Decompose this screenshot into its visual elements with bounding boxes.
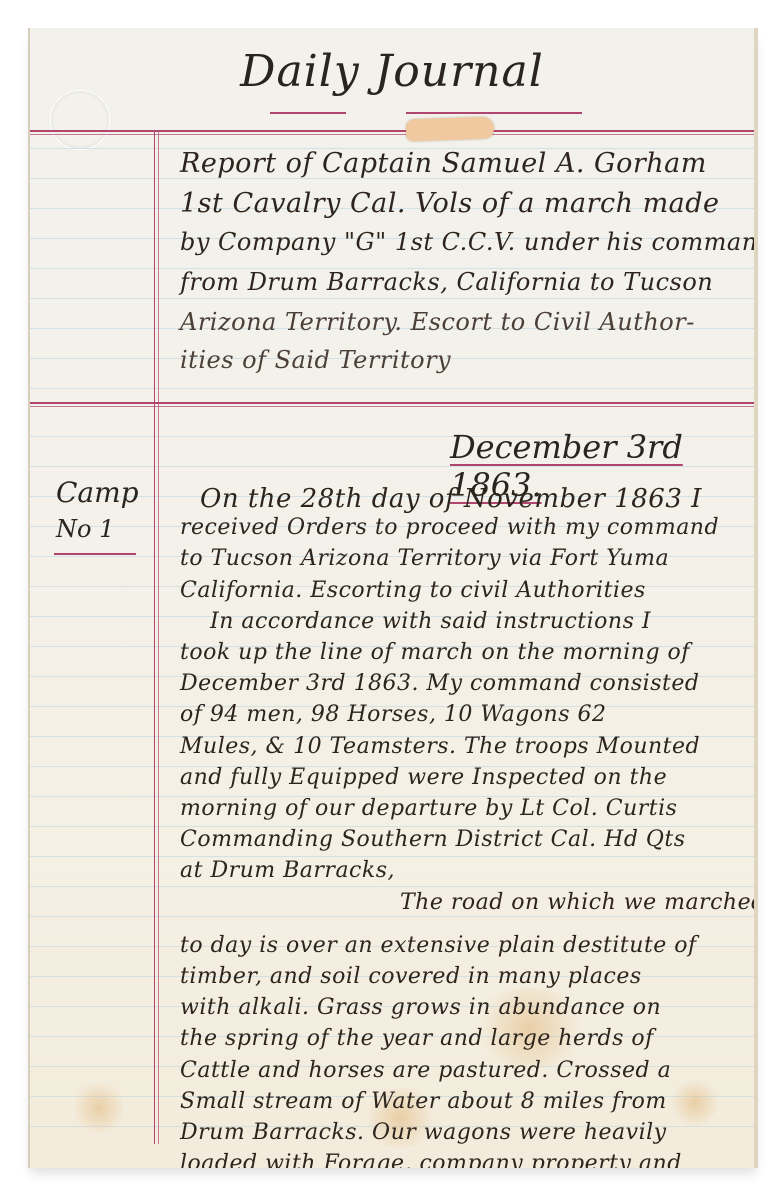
header-rule-top xyxy=(30,130,754,132)
camp-label: Camp xyxy=(56,476,139,510)
entry-line: the spring of the year and large herds o… xyxy=(180,1026,654,1051)
entry-line: Small stream of Water about 8 miles from xyxy=(180,1089,667,1114)
embossed-stamp xyxy=(50,90,110,150)
section-rule-bottom xyxy=(30,406,754,407)
entry-line: Commanding Southern District Cal. Hd Qts xyxy=(180,827,686,852)
camp-number: No 1 xyxy=(56,512,114,546)
entry-line: took up the line of march on the morning… xyxy=(180,640,690,665)
tape-repair xyxy=(406,116,495,141)
title-underline xyxy=(270,112,346,114)
header-line-4: from Drum Barracks, California to Tucson xyxy=(180,268,713,296)
entry-line: of 94 men, 98 Horses, 10 Wagons 62 xyxy=(180,702,607,727)
entry-line: to Tucson Arizona Territory via Fort Yum… xyxy=(180,546,669,571)
ruled-line xyxy=(30,916,754,917)
entry-line: with alkali. Grass grows in abundance on xyxy=(180,995,661,1020)
entry-line: On the 28th day of November 1863 I xyxy=(200,484,702,514)
paper-stain xyxy=(74,1078,124,1138)
entry-line: In accordance with said instructions I xyxy=(210,609,651,634)
header-line-2: 1st Cavalry Cal. Vols of a march made xyxy=(180,188,720,219)
header-line-6: ities of Said Territory xyxy=(180,346,451,374)
paper-stain xyxy=(670,1078,720,1128)
entry-line: morning of our departure by Lt Col. Curt… xyxy=(180,796,677,821)
ruled-line xyxy=(30,886,754,887)
header-line-5: Arizona Territory. Escort to Civil Autho… xyxy=(180,308,695,336)
entry-line: timber, and soil covered in many places xyxy=(180,964,642,989)
camp-underline xyxy=(54,553,136,555)
entry-line: received Orders to proceed with my comma… xyxy=(180,515,719,540)
ruled-line xyxy=(30,298,754,299)
title-underline xyxy=(406,112,582,114)
entry-line: December 3rd 1863. My command consisted xyxy=(180,671,699,696)
margin-rule-right xyxy=(158,132,159,1144)
journal-title: Daily Journal xyxy=(30,46,754,97)
ruled-line xyxy=(30,856,754,857)
section-rule-top xyxy=(30,402,754,404)
ruled-line xyxy=(30,388,754,389)
entry-line: California. Escorting to civil Authoriti… xyxy=(180,578,646,603)
journal-page: Daily Journal Report of Captain Samuel A… xyxy=(28,28,758,1168)
entry-line: The road on which we marched xyxy=(400,890,758,915)
header-line-3: by Company "G" 1st C.C.V. under his comm… xyxy=(180,228,758,256)
header-line-1: Report of Captain Samuel A. Gorham xyxy=(180,148,707,179)
entry-line: at Drum Barracks, xyxy=(180,858,395,883)
entry-line: and fully Equipped were Inspected on the xyxy=(180,765,667,790)
header-rule-bottom xyxy=(30,134,754,135)
entry-line: to day is over an extensive plain destit… xyxy=(180,933,697,958)
entry-line: Drum Barracks. Our wagons were heavily xyxy=(180,1120,667,1145)
entry-line: loaded with Forage, company property and xyxy=(180,1151,682,1168)
entry-line: Cattle and horses are pastured. Crossed … xyxy=(180,1058,671,1083)
margin-rule-left xyxy=(154,132,155,1144)
entry-line: Mules, & 10 Teamsters. The troops Mounte… xyxy=(180,734,700,759)
